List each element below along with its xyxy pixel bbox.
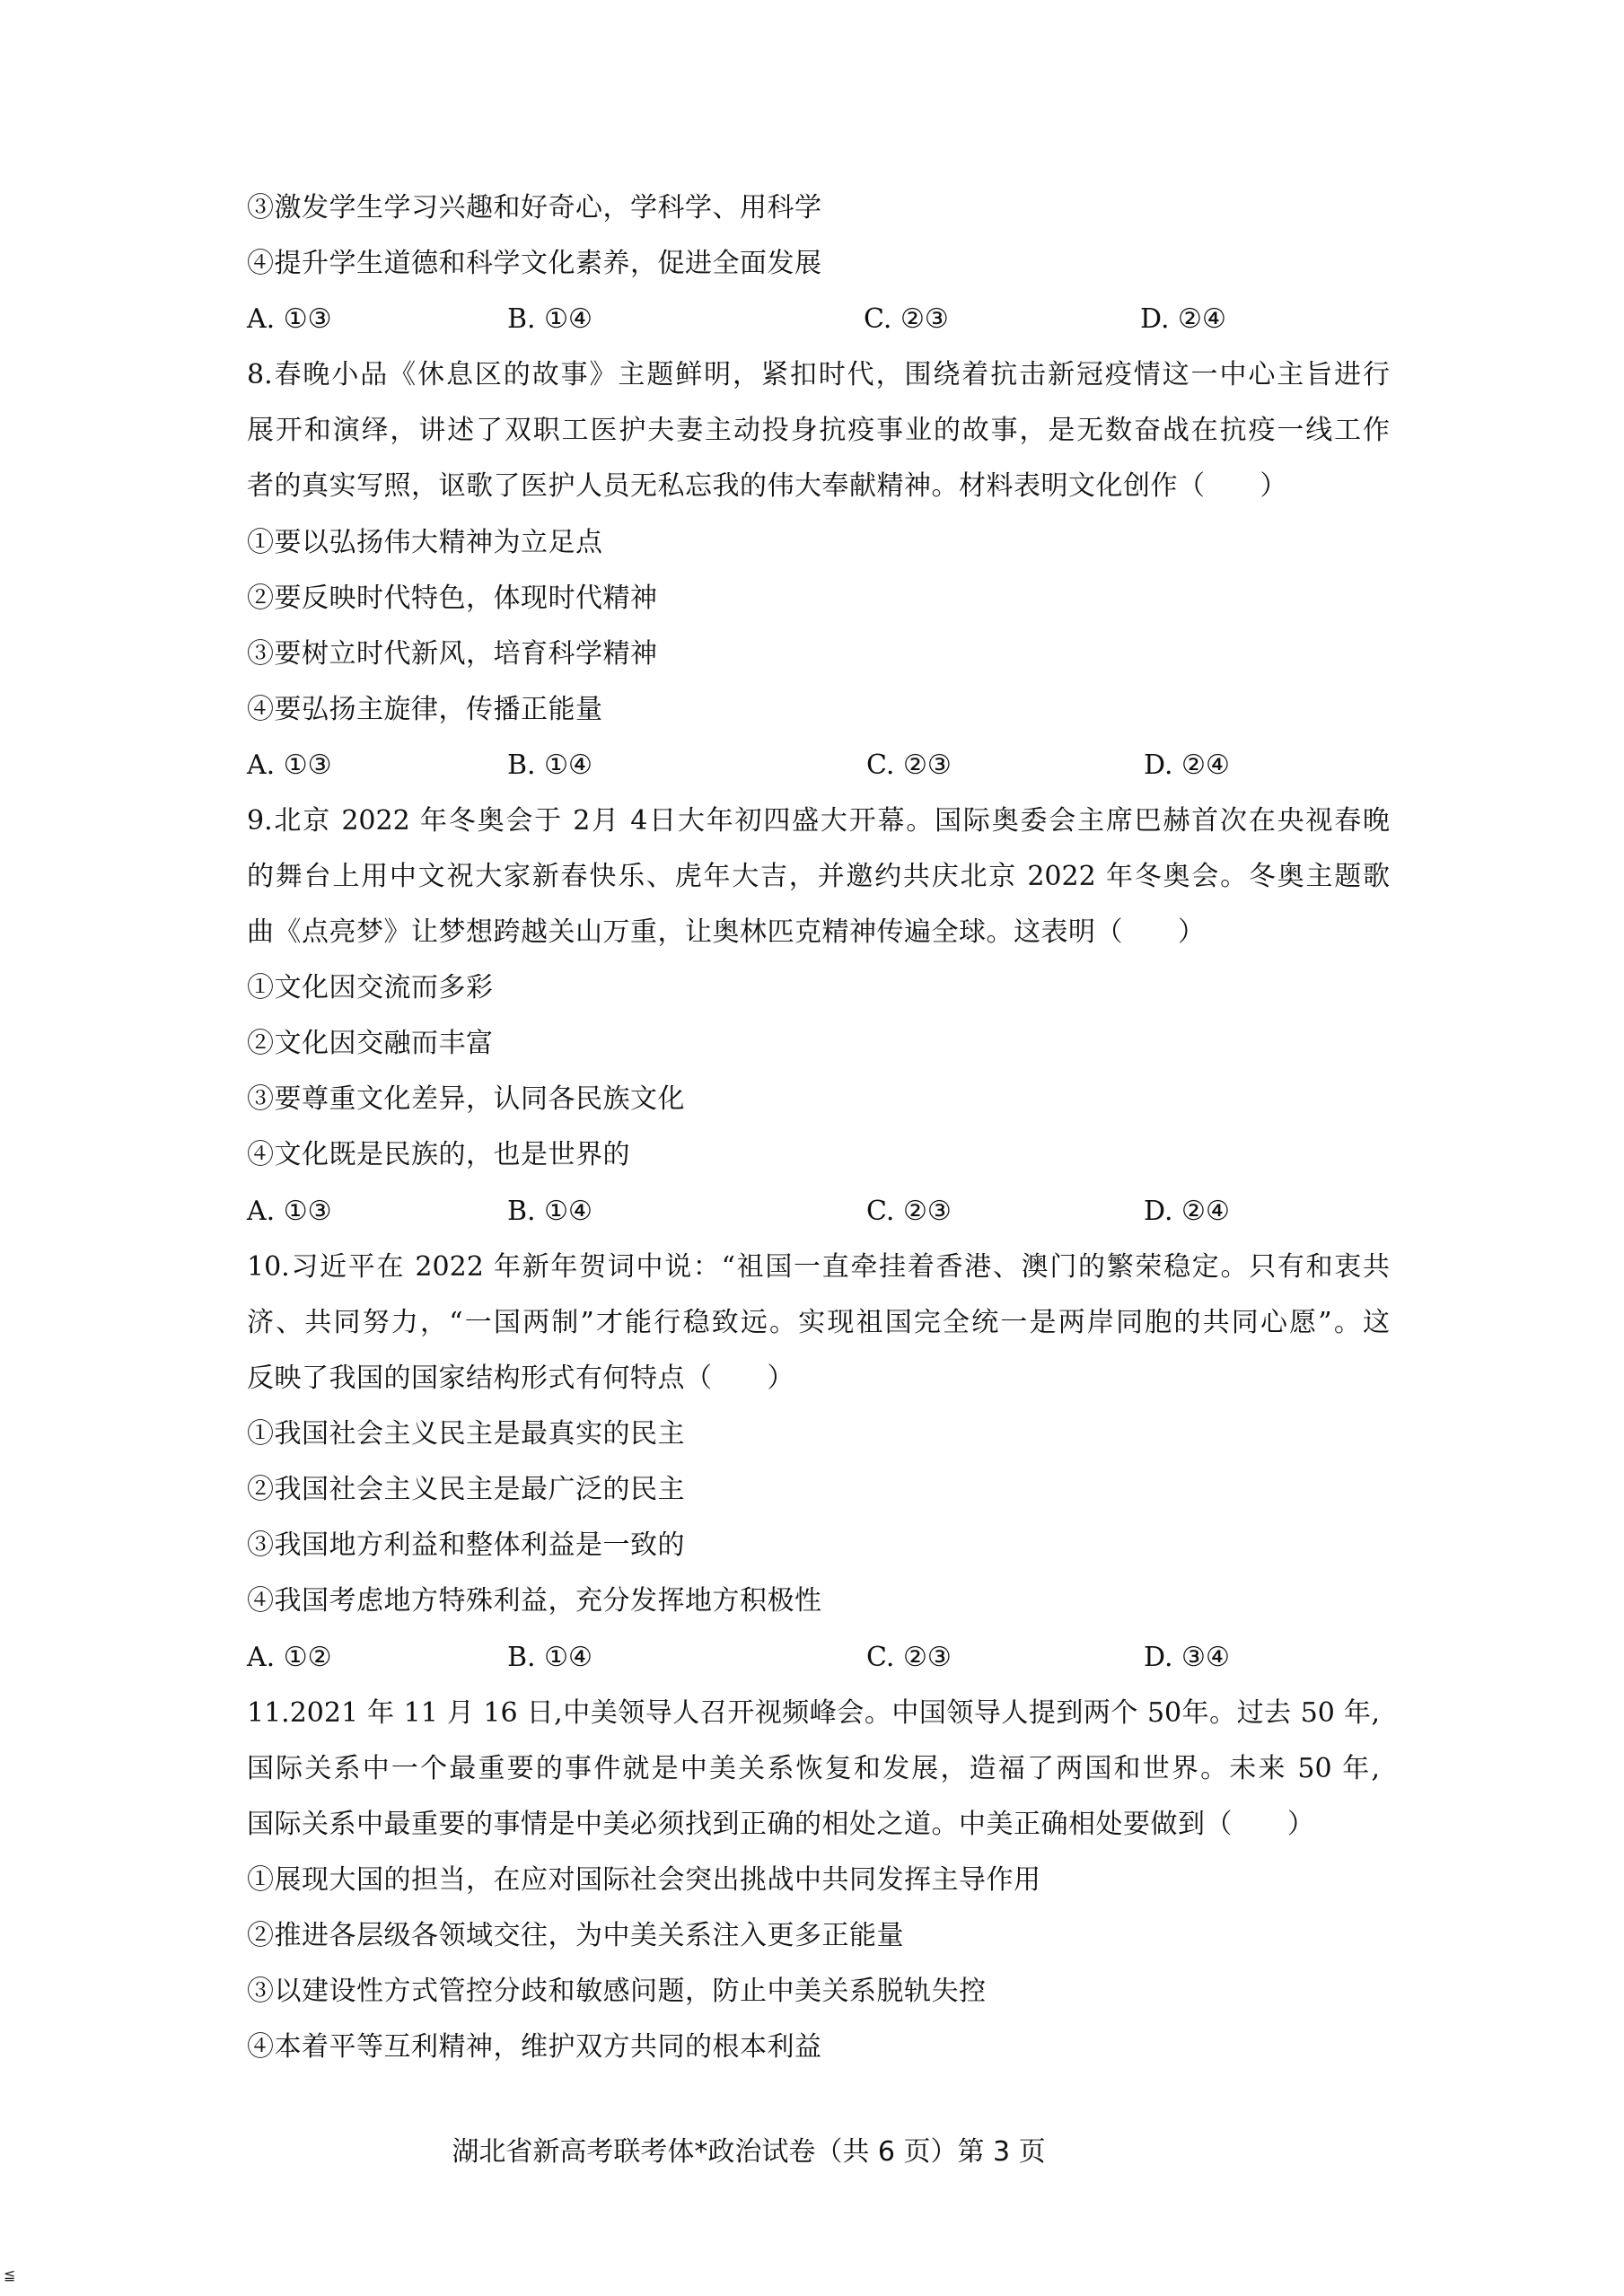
q11-stem-line: 国际关系中一个最重要的事件就是中美关系恢复和发展，造福了两国和世界。未来 50 … xyxy=(247,1751,1380,1787)
q10-item-3: ③我国地方利益和整体利益是一致的 xyxy=(247,1528,685,1564)
q7-item-3: ③激发学生学习兴趣和好奇心，学科学、用科学 xyxy=(247,190,822,226)
q8-item-2: ②要反映时代特色，体现时代精神 xyxy=(247,581,658,617)
q11-item-3: ③以建设性方式管控分歧和敏感问题，防止中美关系脱轨失控 xyxy=(247,1974,987,2010)
q8-option-d: D. ②④ xyxy=(1144,748,1230,784)
q7-option-a: A. ①③ xyxy=(247,302,332,337)
scan-artifact-mark: ≦ xyxy=(4,2271,15,2280)
q9-item-4: ④文化既是民族的，也是世界的 xyxy=(247,1137,630,1173)
q9-stem-line: 9.北京 2022 年冬奥会于 2月 4日大年初四盛大开幕。国际奥委会主席巴赫首… xyxy=(247,803,1390,839)
q10-item-1: ①我国社会主义民主是最真实的民主 xyxy=(247,1416,685,1452)
q10-option-a: A. ①② xyxy=(247,1640,332,1676)
q9-item-1: ①文化因交流而多彩 xyxy=(247,970,494,1006)
q9-option-a: A. ①③ xyxy=(247,1194,332,1230)
q7-item-4: ④提升学生道德和科学文化素养，促进全面发展 xyxy=(247,246,822,282)
q7-option-c: C. ②③ xyxy=(864,302,949,337)
q9-option-c: C. ②③ xyxy=(866,1194,952,1230)
q11-item-4: ④本着平等互利精神，维护双方共同的根本利益 xyxy=(247,2029,822,2065)
q8-item-3: ③要树立时代新风，培育科学精神 xyxy=(247,636,658,672)
q10-stem-line: 反映了我国的国家结构形式有何特点（ ） xyxy=(247,1361,794,1397)
q8-option-a: A. ①③ xyxy=(247,748,332,784)
q11-stem-line: 11.2021 年 11 月 16 日,中美领导人召开视频峰会。中国领导人提到两… xyxy=(247,1696,1380,1731)
q8-option-b: B. ①④ xyxy=(507,748,593,784)
q9-item-3: ③要尊重文化差异，认同各民族文化 xyxy=(247,1082,685,1117)
q8-stem-line: 展开和演绎，讲述了双职工医护夫妻主动投身抗疫事业的故事，是无数奋战在抗疫一线工作 xyxy=(247,413,1390,449)
q11-item-1: ①展现大国的担当，在应对国际社会突出挑战中共同发挥主导作用 xyxy=(247,1862,1041,1898)
q8-option-c: C. ②③ xyxy=(866,748,952,784)
q9-option-d: D. ②④ xyxy=(1144,1194,1230,1230)
q9-item-2: ②文化因交融而丰富 xyxy=(247,1026,494,1062)
q9-stem-line: 的舞台上用中文祝大家新春快乐、虎年大吉，并邀约共庆北京 2022 年冬奥会。冬奥… xyxy=(247,859,1390,895)
q10-stem-line: 济、共同努力，“一国两制”才能行稳致远。实现祖国完全统一是两岸同胞的共同心愿”。… xyxy=(247,1305,1390,1341)
q10-item-4: ④我国考虑地方特殊利益，充分发挥地方积极性 xyxy=(247,1583,822,1619)
page-footer: 湖北省新高考联考体*政治试卷（共 6 页）第 3 页 xyxy=(0,2134,1497,2170)
q10-stem-line: 10.习近平在 2022 年新年贺词中说：“祖国一直牵挂着香港、澳门的繁荣稳定。… xyxy=(247,1249,1390,1285)
q8-stem-line: 者的真实写照，讴歌了医护人员无私忘我的伟大奉献精神。材料表明文化创作（ ） xyxy=(247,469,1287,504)
q11-item-2: ②推进各层级各领域交往，为中美关系注入更多正能量 xyxy=(247,1918,904,1954)
q9-stem-line: 曲《点亮梦》让梦想跨越关山万重，让奥林匹克精神传遍全球。这表明（ ） xyxy=(247,915,1206,951)
q7-option-d: D. ②④ xyxy=(1140,302,1226,337)
q8-item-1: ①要以弘扬伟大精神为立足点 xyxy=(247,525,603,561)
q10-option-d: D. ③④ xyxy=(1144,1640,1230,1676)
q10-option-b: B. ①④ xyxy=(507,1640,593,1676)
q8-item-4: ④要弘扬主旋律，传播正能量 xyxy=(247,692,603,728)
q9-option-b: B. ①④ xyxy=(507,1194,593,1230)
q11-stem-line: 国际关系中最重要的事情是中美必须找到正确的相处之道。中美正确相处要做到（ ） xyxy=(247,1807,1315,1843)
q10-option-c: C. ②③ xyxy=(866,1640,952,1676)
q8-stem-line: 8.春晚小品《休息区的故事》主题鲜明，紧扣时代，围绕着抗击新冠疫情这一中心主旨进… xyxy=(247,357,1390,393)
q10-item-2: ②我国社会主义民主是最广泛的民主 xyxy=(247,1472,685,1508)
q7-option-b: B. ①④ xyxy=(507,302,593,337)
